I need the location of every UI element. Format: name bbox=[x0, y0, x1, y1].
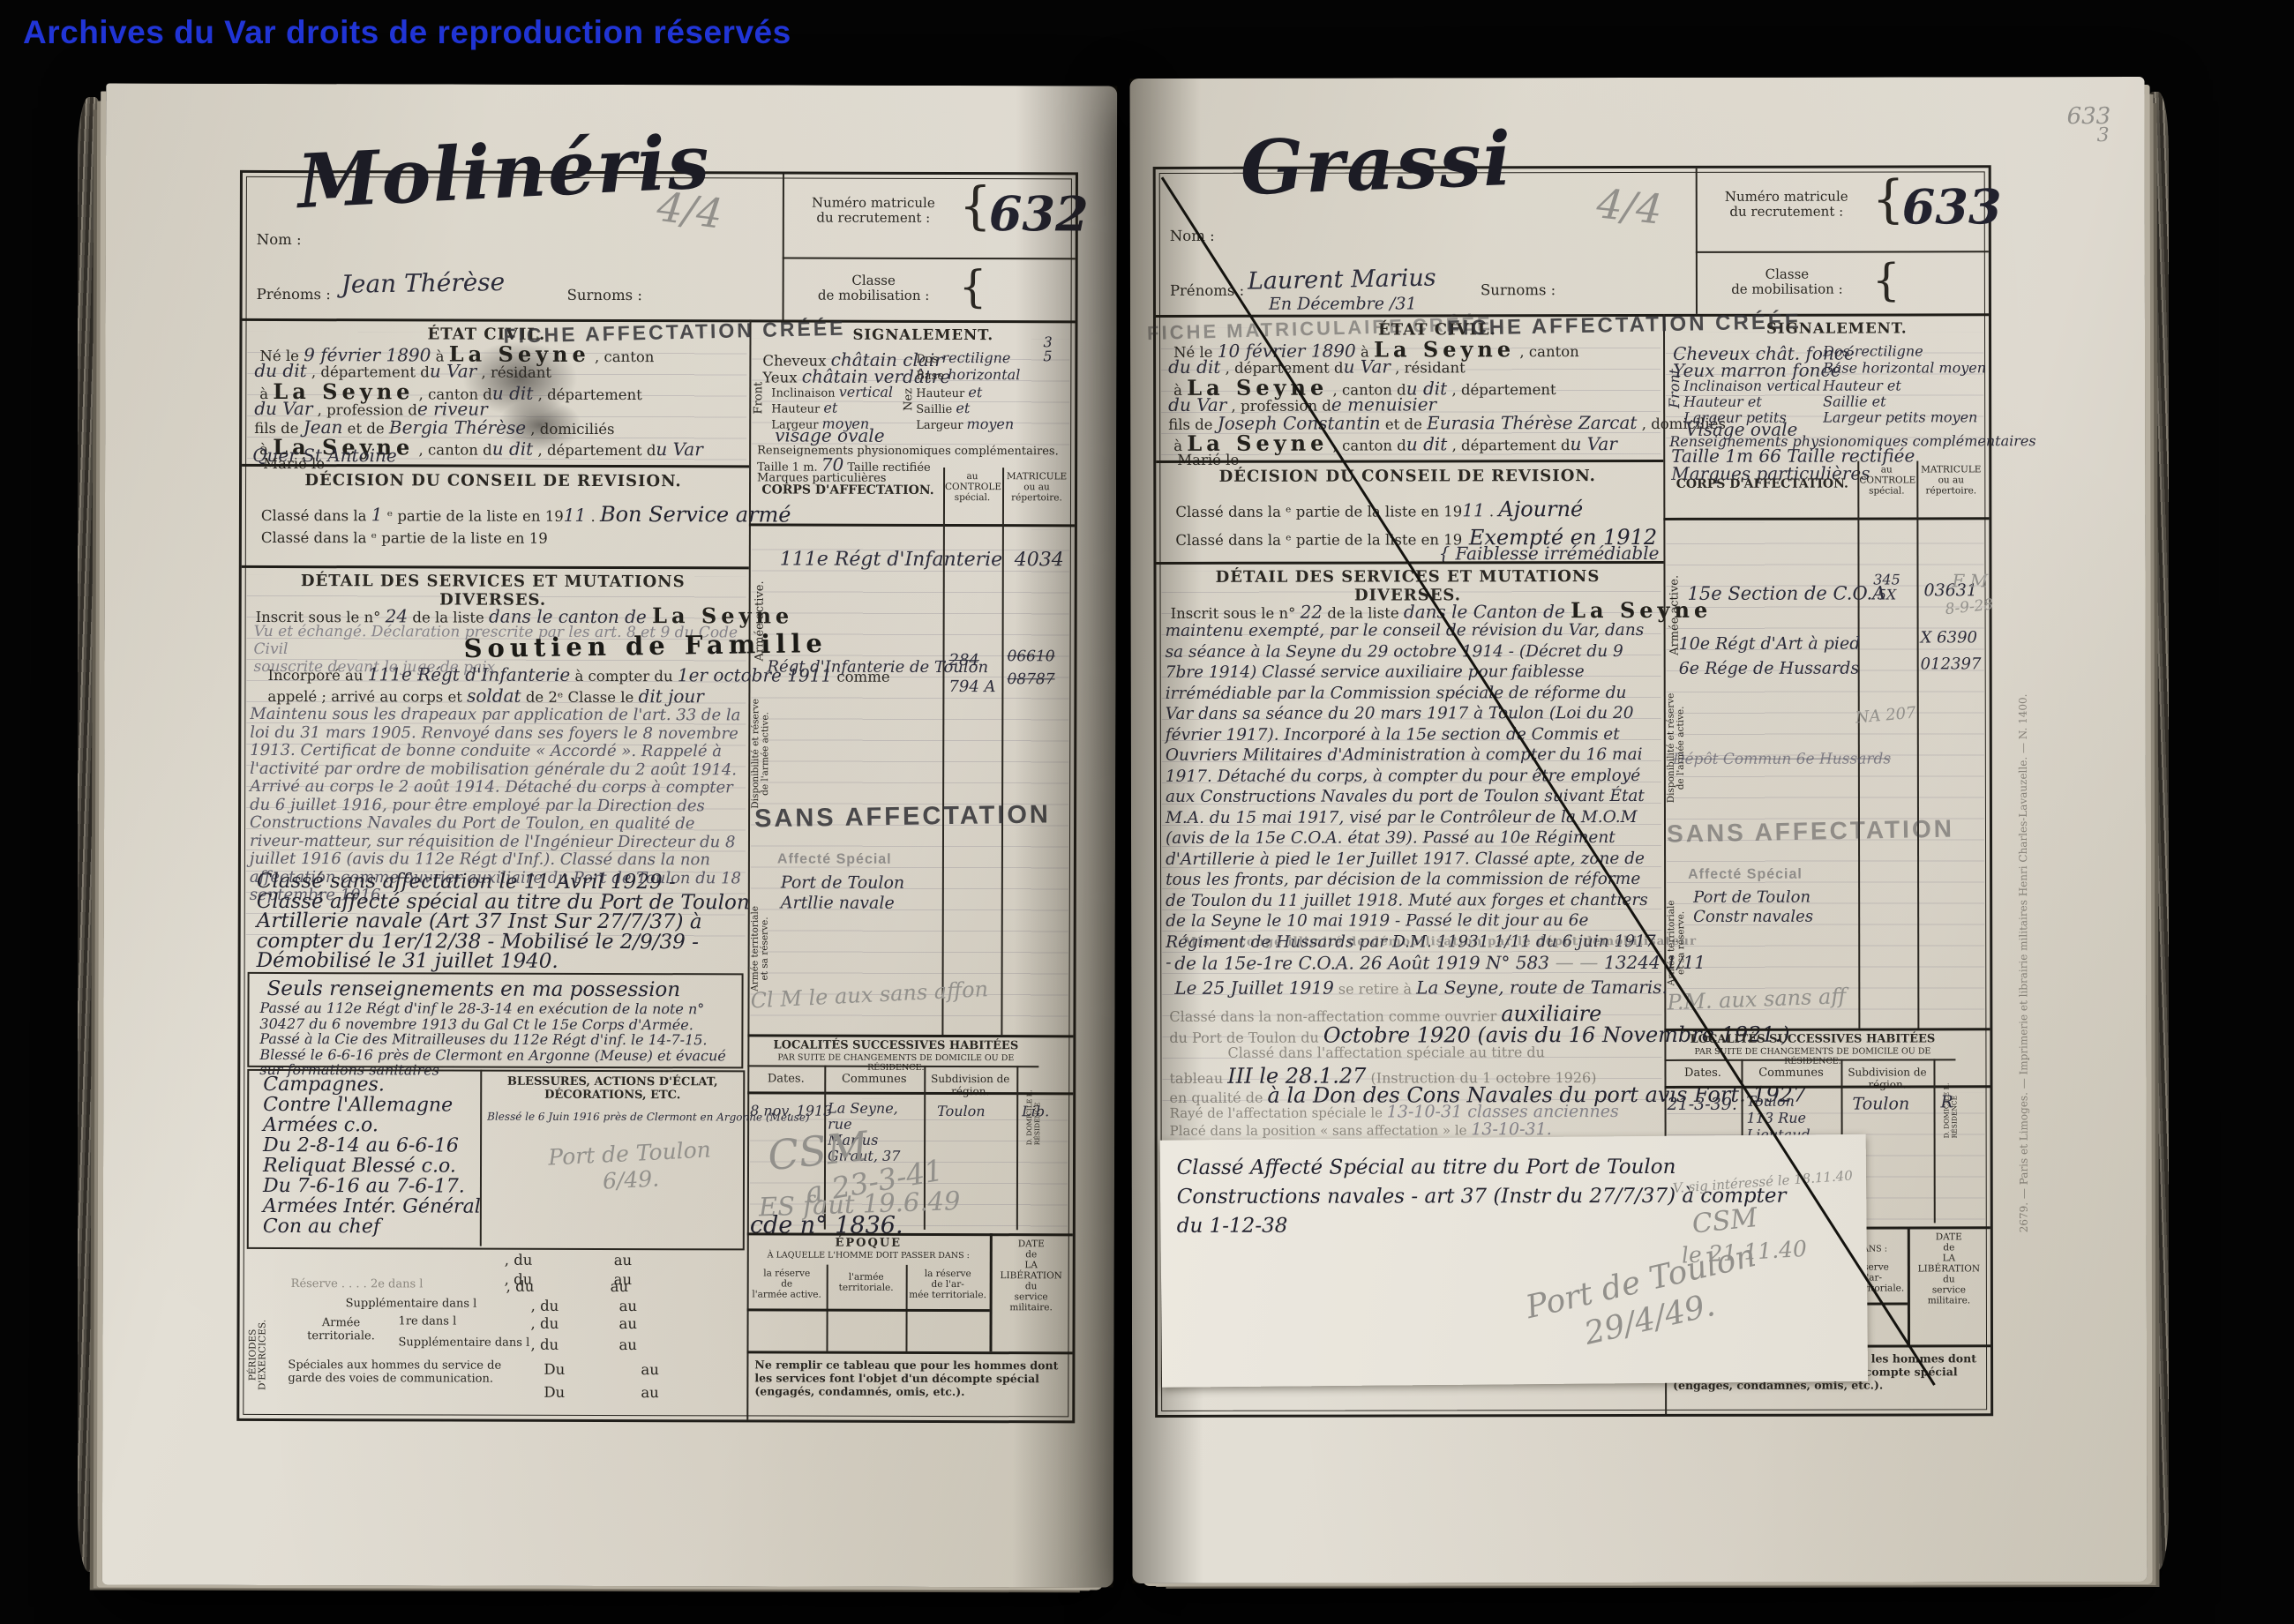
divider bbox=[1696, 168, 1698, 314]
corps-matricule-struck: 08787 bbox=[1007, 670, 1054, 688]
p-text: Inscrit sous le n° bbox=[1171, 605, 1301, 622]
hwsm-text: Base horizontal moyen bbox=[1823, 359, 1986, 376]
prenoms-label: Prénoms : bbox=[257, 286, 331, 303]
sig-line: Hauteur et bbox=[916, 384, 982, 400]
p-text: de la liste bbox=[1323, 604, 1404, 621]
localites-subdivision: Toulon bbox=[937, 1103, 985, 1119]
p-text: , canton bbox=[590, 348, 655, 365]
blessures-pencil-note: Port de Toulon 6/49. bbox=[548, 1137, 713, 1198]
du-label: , du bbox=[530, 1336, 559, 1353]
periodes-vertical-label: PÉRIODES D'EXERCICES. bbox=[248, 1311, 267, 1399]
hw-text: u Var bbox=[1571, 433, 1617, 454]
hw-text: dans le Canton de bbox=[1404, 601, 1571, 622]
p-text: . bbox=[1485, 503, 1499, 520]
sig-line: Hauteur et bbox=[771, 399, 837, 415]
repertoire-header: MATRICULE ou au répertoire. bbox=[1004, 471, 1069, 503]
localites-dr: Lib. bbox=[1022, 1103, 1049, 1119]
armee-territoriale-label: Armée territoriale. bbox=[292, 1316, 389, 1343]
p-text: ᵉ partie de la liste en 19 bbox=[371, 529, 548, 547]
front-label: Front bbox=[1666, 370, 1683, 408]
hwsm-text: et bbox=[823, 400, 837, 416]
affecte-special-stamp: Affecté Spécial bbox=[1688, 867, 1803, 883]
hwsm-text: horizontal bbox=[948, 366, 1020, 383]
blessures-title: BLESSURES, ACTIONS D'ÉCLAT, DÉCORATIONS,… bbox=[489, 1075, 736, 1103]
sans-affectation-stamp: SANS AFFECTATION bbox=[1667, 815, 1954, 849]
hwsm-text: et bbox=[968, 384, 982, 400]
matricule-value: 632 bbox=[989, 185, 1089, 242]
sig-line: Hauteur et bbox=[1823, 377, 1901, 393]
nom-label: Nom : bbox=[1170, 228, 1215, 244]
au-label: au bbox=[641, 1384, 659, 1401]
rule bbox=[1696, 251, 1989, 253]
liberation-col: DATE de LA LIBÉRATION du service militai… bbox=[993, 1239, 1069, 1313]
pencil-class-mark: 4/4 bbox=[1594, 179, 1664, 233]
brace: { bbox=[1872, 173, 1905, 224]
detail-appele-line: appelé ; arrivé au corps et soldat de 2ᵉ… bbox=[267, 685, 703, 707]
p-text: Classé dans la bbox=[261, 507, 371, 524]
sig-line: Inclinaison vertical bbox=[1683, 378, 1820, 394]
rule bbox=[747, 1091, 1073, 1095]
liberation-col: DATE de LA LIBÉRATION du service militai… bbox=[1911, 1231, 1987, 1306]
detail-services-paragraph: maintenu exempté, par le conseil de révi… bbox=[1166, 620, 1661, 973]
au-label: au bbox=[614, 1252, 633, 1269]
hw-text: soldat bbox=[467, 685, 521, 707]
p-text: Classé dans la bbox=[1175, 504, 1286, 520]
nom-label: Nom : bbox=[257, 231, 302, 248]
corner-pencil-number: 3 bbox=[2097, 124, 2110, 146]
rule bbox=[1665, 1085, 1990, 1089]
p-text: Classé dans la bbox=[1175, 532, 1286, 549]
printer-imprint: 2679. — Paris et Limoges. — Imprimerie e… bbox=[2016, 306, 2030, 1232]
hw-text: La Seyne, route de Tamaris. bbox=[1416, 977, 1668, 998]
sig-line: Base horizontal moyen bbox=[1823, 359, 1986, 376]
prenoms-value: Jean Thérèse bbox=[341, 267, 505, 299]
rule bbox=[1156, 460, 1663, 463]
decision-title: DÉCISION DU CONSEIL DE REVISION. bbox=[1191, 467, 1623, 486]
epoque-subtitle: À LAQUELLE L'HOMME DOIT PASSER DANS : bbox=[747, 1250, 990, 1261]
surname-value: Molinéris bbox=[296, 117, 713, 225]
corps-controle-value: 794 A bbox=[948, 677, 995, 696]
p-text: , canton d bbox=[414, 441, 492, 458]
detail-retire-line: Le 25 Juillet 1919 se retire à La Seyne,… bbox=[1174, 977, 1668, 999]
au-label: au bbox=[618, 1336, 637, 1353]
hw-text: 11 bbox=[1462, 499, 1484, 520]
detail-coa-line: de la 15e-1re C.O.A. 26 Août 1919 N° 583… bbox=[1174, 952, 1706, 974]
sig-line: Inclinaison vertical bbox=[771, 383, 893, 400]
corps-controle-struck: 284 bbox=[948, 651, 978, 670]
hwsm-text: rectiligne bbox=[941, 349, 1010, 366]
note-body: Passé au 112e Régt d'inf le 28-3-14 en e… bbox=[259, 1000, 734, 1079]
brace: { bbox=[1872, 258, 1900, 302]
epoque-note: Ne remplir ce tableau que pour les homme… bbox=[754, 1358, 1063, 1398]
campagnes-text: Campagnes. Contre l'Allemagne Armées c.o… bbox=[263, 1074, 481, 1238]
sig-line: Base horizontal bbox=[916, 366, 1020, 383]
brace: { bbox=[959, 180, 992, 231]
hwsm-text: Saillie et bbox=[1823, 393, 1885, 410]
hwsm-text: Hauteur et bbox=[1683, 393, 1762, 410]
psm-text: Saillie bbox=[916, 403, 956, 416]
p-text: , département d bbox=[533, 442, 656, 459]
hwsm-text: moyen bbox=[967, 415, 1015, 432]
divider bbox=[783, 175, 784, 320]
au-label: au bbox=[619, 1298, 638, 1314]
rule bbox=[746, 1351, 1072, 1354]
psm-text: Hauteur bbox=[771, 402, 823, 415]
corps-row-matricule: 4034 bbox=[1015, 549, 1064, 571]
controle-header: au CONTROLE spécial. bbox=[945, 471, 1000, 503]
localites-date: 8 nov. 1913 bbox=[750, 1102, 832, 1119]
sans-affectation-stamp: SANS AFFECTATION bbox=[754, 800, 1051, 834]
hw-text: u Var bbox=[656, 438, 702, 460]
classe-label: Classe de mobilisation : bbox=[797, 273, 951, 303]
hw-text: u dit bbox=[1406, 433, 1448, 454]
margin-pencil-mark: 8-9-28 bbox=[1945, 595, 1995, 618]
hwf-text: 13-10-31 classes anciennes bbox=[1387, 1102, 1619, 1121]
matricule-label: Numéro matricule du recrutement : bbox=[790, 196, 957, 226]
p-text: , département bbox=[533, 386, 641, 403]
register-page-left: Nom : Molinéris 4/4 Prénoms : Jean Thérè… bbox=[102, 84, 1117, 1588]
corps-row-unit: 111e Régt d'Infanterie bbox=[780, 549, 1002, 572]
du-label: , du bbox=[506, 1278, 535, 1295]
corps-row-unit: 15e Section de C.O.A bbox=[1688, 583, 1886, 604]
affectation-entry: Port de Toulon Artllie navale bbox=[781, 873, 904, 914]
hwsm-text: vertical bbox=[839, 384, 893, 400]
decision-line-2: Classé dans la ᵉ partie de la liste en 1… bbox=[261, 529, 548, 547]
p-text: . bbox=[586, 508, 600, 525]
psm-text: Hauteur bbox=[916, 387, 968, 400]
signalement-title: SIGNALEMENT. bbox=[1766, 319, 1908, 336]
hw-text: dit jour bbox=[639, 685, 704, 707]
divider bbox=[989, 1233, 992, 1351]
pf-text: Classé dans l'affectation spéciale au ti… bbox=[1227, 1044, 1545, 1061]
p-text: ᵉ partie de la liste en 19 bbox=[1286, 531, 1462, 548]
pencil-class-mark: 4/4 bbox=[655, 183, 725, 238]
hw-text: 22 bbox=[1301, 602, 1323, 623]
localites-date: 21-3-39. bbox=[1668, 1095, 1737, 1114]
ruled-lines bbox=[750, 528, 1068, 1032]
corps-title: CORPS D'AFFECTATION. bbox=[756, 483, 940, 498]
corps-matricule-struck: 06610 bbox=[1008, 647, 1055, 665]
psm-text: Base bbox=[916, 370, 948, 383]
detail-classement-paragraph: Classé sans affectation le 11 Avril 1929… bbox=[257, 872, 750, 972]
epoque-col-1: la réserve de l'armée active. bbox=[749, 1268, 825, 1299]
demobilisation-stamp: Mis en congé illimité de démobilisation … bbox=[1183, 934, 1697, 949]
pf-text: Placé dans la position « sans affectatio… bbox=[1170, 1122, 1472, 1139]
rule bbox=[1663, 517, 1989, 520]
sig-line: Dos rectiligne bbox=[916, 349, 1010, 366]
p-text: , canton bbox=[1515, 343, 1579, 360]
pf-text: se retire à bbox=[1334, 980, 1416, 997]
psm-text: Inclinaison bbox=[771, 386, 838, 400]
p-text: Classé dans la bbox=[261, 529, 371, 546]
hw-text: Le 25 Juillet 1919 bbox=[1174, 977, 1334, 999]
register-form-right: Nom : Grassi 4/4 Prénoms : Laurent Mariu… bbox=[1153, 165, 1993, 1418]
prenoms-secondary-note: En Décembre /31 bbox=[1269, 294, 1417, 313]
sig-line: Dos rectiligne bbox=[1823, 342, 1923, 359]
epoque-title: ÉPOQUE bbox=[747, 1236, 990, 1250]
note-title: Seuls renseignements en ma possession bbox=[267, 977, 681, 1001]
hw-text: 111e Régt d'Infanterie bbox=[368, 663, 570, 685]
Du-label: Du bbox=[544, 1384, 565, 1401]
classe-label: Classe de mobilisation : bbox=[1710, 267, 1864, 297]
affectation-entry: Port de Toulon Constr navales bbox=[1693, 888, 1813, 927]
sig-line: Largeur petits moyen bbox=[1823, 408, 1977, 425]
sig-line: Saillie et bbox=[916, 400, 970, 416]
hwsm-text: Dos rectiligne bbox=[1823, 342, 1923, 359]
periode-supplementaire: Supplémentaire dans l bbox=[346, 1297, 477, 1310]
corps-row-unit: 6e Rége de Hussards bbox=[1679, 659, 1859, 678]
front-label: Front bbox=[752, 375, 765, 414]
book-page-stack-left bbox=[78, 97, 106, 1572]
localites-dr: R bbox=[1941, 1092, 1953, 1111]
hw-text: u dit bbox=[492, 438, 534, 460]
p-text: Incorporé au bbox=[267, 667, 367, 684]
margin-pencil-mark: F M bbox=[1952, 570, 1988, 591]
periode-speciales-label: Spéciales aux hommes du service de garde… bbox=[288, 1358, 535, 1386]
sig-line: Saillie et bbox=[1823, 393, 1885, 410]
decision-title: DÉCISION DU CONSEIL DE REVISION. bbox=[277, 471, 709, 490]
p-text: , département d bbox=[1447, 437, 1570, 453]
register-form-left: Nom : Molinéris 4/4 Prénoms : Jean Thérè… bbox=[236, 170, 1078, 1423]
p-text: , département bbox=[1447, 381, 1556, 398]
controle-header: au CONTROLE spécial. bbox=[1859, 464, 1914, 496]
au-label: au bbox=[641, 1361, 659, 1378]
hw-text: 11 bbox=[564, 505, 587, 526]
archive-watermark: Archives du Var droits de reproduction r… bbox=[23, 14, 791, 51]
armee-active-side-label: Armée active. bbox=[753, 555, 767, 661]
rule bbox=[242, 565, 749, 570]
au-label: au bbox=[619, 1315, 638, 1332]
corps-row-unit: 10e Régt d'Art à pied bbox=[1679, 634, 1861, 654]
hwsm-text: et bbox=[956, 400, 970, 416]
hw-text: u dit bbox=[492, 383, 534, 404]
archive-scan: { "watermark": "Archives du Var droits d… bbox=[0, 0, 2294, 1624]
decision-line-1: Classé dans la 1 ᵉ partie de la liste en… bbox=[261, 501, 791, 528]
periode-supplementaire: Supplémentaire dans l bbox=[398, 1336, 529, 1349]
psm-text: Largeur bbox=[916, 419, 966, 432]
nez-label: Nez bbox=[902, 381, 915, 411]
matricule-label: Numéro matricule du recrutement : bbox=[1703, 190, 1870, 220]
du-label: , du bbox=[505, 1252, 533, 1269]
localites-title: LOCALITÉS SUCCESSIVES HABITÉES bbox=[750, 1038, 1041, 1052]
repertoire-header: MATRICULE ou au répertoire. bbox=[1918, 464, 1983, 496]
hwb-text: Ajourné bbox=[1498, 497, 1583, 521]
rule bbox=[783, 258, 1076, 260]
pencil-text: — — bbox=[1549, 952, 1604, 973]
surname-value: Grassi bbox=[1239, 115, 1514, 212]
hw-text: de la 15e-1re C.O.A. 26 Août 1919 N° 583 bbox=[1174, 952, 1549, 974]
detail-tableau-line: Classé dans l'affectation spéciale au ti… bbox=[1227, 1044, 1545, 1061]
divider bbox=[1933, 1059, 1935, 1223]
margin-ink-mark: 3 5 bbox=[1043, 335, 1052, 363]
p-text: ᵉ partie de la liste en 19 bbox=[382, 507, 563, 525]
corps-row-matricule: X 6390 bbox=[1921, 628, 1977, 647]
p-text: , canton d bbox=[1328, 437, 1406, 453]
p-text: appelé ; arrivé au corps et bbox=[267, 688, 467, 706]
hwsm-text: Inclinaison vertical bbox=[1683, 378, 1820, 394]
du-label: , du bbox=[531, 1315, 559, 1332]
psm-text: Dos bbox=[916, 353, 941, 366]
communes-header: Communes bbox=[1741, 1066, 1840, 1080]
dates-header: Dates. bbox=[747, 1072, 824, 1085]
matricule-value: 633 bbox=[1902, 178, 2002, 235]
pf-text: Rayé de l'affectation spéciale le bbox=[1170, 1104, 1387, 1120]
hw-text: 13244 1/11 bbox=[1604, 952, 1706, 973]
brace: { bbox=[959, 265, 987, 309]
hw-text: 1 bbox=[371, 504, 383, 525]
prenoms-value: Laurent Marius bbox=[1248, 265, 1436, 296]
rule bbox=[747, 1034, 1073, 1037]
rule bbox=[747, 1308, 990, 1312]
hwsm-text: Hauteur et bbox=[1823, 377, 1901, 393]
surnoms-label: Surnoms : bbox=[567, 287, 642, 303]
p-text: de 2ᵉ Classe le bbox=[521, 689, 639, 706]
p-text: à compter du bbox=[570, 668, 678, 685]
hwsm-text: Largeur petits moyen bbox=[1823, 408, 1977, 425]
rule bbox=[749, 523, 1075, 527]
etat-line: à La Seyne , canton du dit , département… bbox=[1173, 430, 1617, 456]
communes-header: Communes bbox=[824, 1073, 924, 1086]
periode-1re: 1re dans l bbox=[399, 1314, 457, 1328]
localites-subdivision: Toulon bbox=[1853, 1094, 1910, 1113]
affecte-special-stamp: Affecté Spécial bbox=[777, 851, 892, 867]
au-label: au bbox=[611, 1278, 629, 1295]
du-label: , du bbox=[531, 1298, 559, 1314]
Du-label: Du bbox=[544, 1361, 565, 1378]
corps-controle-value: 345 5X bbox=[1862, 572, 1911, 602]
signalement-title: SIGNALEMENT. bbox=[852, 326, 993, 343]
corps-title: CORPS D'AFFECTATION. bbox=[1670, 477, 1854, 491]
divider bbox=[1908, 1226, 1910, 1344]
reserve-row: Réserve . . . . 2e dans l bbox=[291, 1277, 424, 1291]
ghost-entry-struck: Dépôt Commun 6e Hussards bbox=[1673, 751, 1891, 768]
register-page-right: 633 3 Nom : Grassi 4/4 Prénoms : Laurent… bbox=[1130, 77, 2148, 1583]
localites-subtitle: PAR SUITE DE CHANGEMENTS DE DOMICILE OU … bbox=[1667, 1046, 1958, 1066]
sig-line: Hauteur et bbox=[1683, 393, 1762, 410]
surnoms-label: Surnoms : bbox=[1481, 281, 1556, 298]
corps-row-matricule: 012397 bbox=[1921, 655, 1982, 673]
epoque-col-2: l'armée territoriale. bbox=[828, 1272, 904, 1293]
sig-line: Largeur moyen bbox=[916, 415, 1014, 432]
rule bbox=[1664, 1028, 1990, 1031]
localites-subtitle: PAR SUITE DE CHANGEMENTS DE DOMICILE OU … bbox=[750, 1052, 1041, 1073]
epoque-col-3: la réserve de l'ar- mée territoriale. bbox=[908, 1269, 988, 1300]
